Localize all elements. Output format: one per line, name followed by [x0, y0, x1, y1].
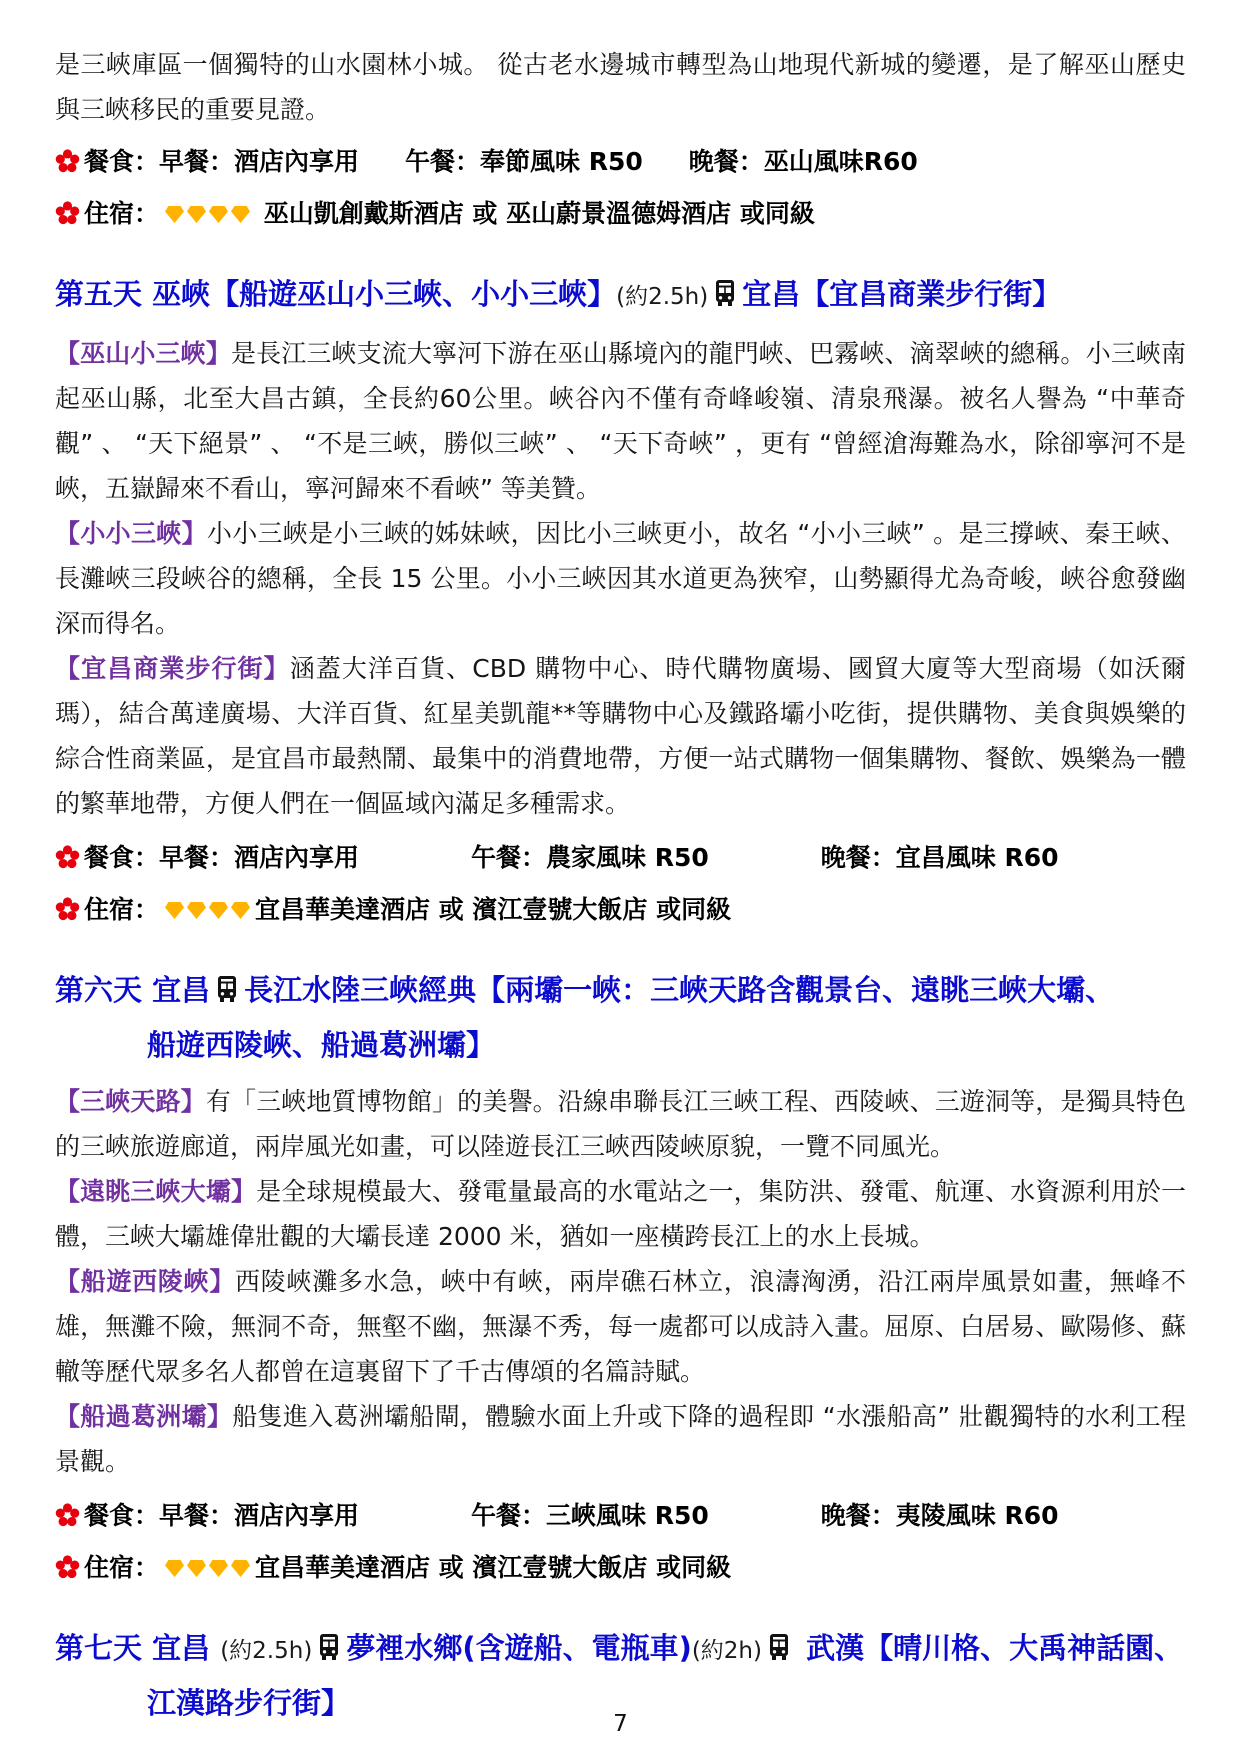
- meals-label: 餐食：: [84, 1501, 159, 1530]
- attraction-label: 【船遊西陵峽】: [55, 1267, 235, 1296]
- day5-title-destination: 宜昌【宜昌商業步行街】: [742, 277, 1061, 311]
- day4-description: 是三峽庫區一個獨特的山水園林小城。 從古老水邊城市轉型為山地現代新城的變遷，是了…: [55, 42, 1186, 132]
- day5-meals-row: 餐食：早餐：酒店內享用午餐：農家風味 R50晚餐：宜昌風味 R60: [55, 834, 1186, 886]
- hotel-label: 住宿：: [84, 199, 159, 228]
- paragraph-xiling-gorge-cruise: 【船遊西陵峽】西陵峽灘多水急，峽中有峽，兩岸礁石林立，浪濤洶湧，沿江兩岸風景如畫…: [55, 1259, 1186, 1394]
- hotel-names: 巫山凱創戴斯酒店 或 巫山蔚景溫德姆酒店 或同級: [255, 199, 815, 228]
- hotel-rating-gems: [165, 886, 253, 934]
- breakfast-value: 早餐：酒店內享用: [159, 147, 359, 176]
- attraction-text: 有「三峽地質博物館」的美譽。沿線串聯長江三峽工程、西陵峽、三遊洞等，是獨具特色的…: [55, 1087, 1186, 1161]
- gem-icon: [187, 1560, 206, 1577]
- gem-icon: [231, 902, 250, 919]
- attraction-label: 【宜昌商業步行街】: [55, 654, 290, 683]
- bus-icon: [712, 271, 738, 323]
- meals-label: 餐食：: [84, 843, 159, 872]
- lunch-value: 午餐：三峽風味 R50: [471, 1501, 709, 1530]
- hotel-label: 住宿：: [84, 895, 159, 924]
- gem-icon: [165, 1560, 184, 1577]
- flower-icon: [55, 1548, 80, 1596]
- day6-title-post: 長江水陸三峽經典【兩壩一峽：三峽天路含觀景台、遠眺三峽大壩、: [244, 973, 1114, 1007]
- document-page: 是三峽庫區一個獨特的山水園林小城。 從古老水邊城市轉型為山地現代新城的變遷，是了…: [0, 0, 1241, 1755]
- bus-icon: [316, 1625, 342, 1677]
- flower-icon: [55, 194, 80, 242]
- day7-duration-1: (約2.5h): [220, 1638, 312, 1664]
- day6-title-pre: 第六天 宜昌: [55, 973, 210, 1007]
- gem-icon: [209, 902, 228, 919]
- meals-label: 餐食：: [84, 147, 159, 176]
- paragraph-wushan-small-gorges: 【巫山小三峽】是長江三峽支流大寧河下游在巫山縣境內的龍門峽、巴霧峽、滴翠峽的總稱…: [55, 331, 1186, 511]
- day5-hotel-row: 住宿：宜昌華美達酒店 或 濱江壹號大飯店 或同級: [55, 886, 1186, 938]
- day7-duration-2: (約2h): [692, 1638, 762, 1664]
- day5-title-main: 第五天 巫峽【船遊巫山小三峽、小小三峽】: [55, 277, 616, 311]
- gem-icon: [209, 206, 228, 223]
- day7-title-1: 第七天 宜昌: [55, 1631, 220, 1665]
- paragraph-mini-gorges: 【小小三峽】小小三峽是小三峽的姊妹峽，因比小三峽更小，故名 “小小三峽” 。是三…: [55, 511, 1186, 646]
- hotel-names: 宜昌華美達酒店 或 濱江壹號大飯店 或同級: [255, 895, 731, 924]
- gem-icon: [187, 902, 206, 919]
- attraction-label: 【遠眺三峽大壩】: [55, 1177, 256, 1206]
- dinner-value: 晚餐：宜昌風味 R60: [821, 843, 1059, 872]
- day6-title-line2: 船遊西陵峽、船過葛洲壩】: [55, 1019, 1186, 1071]
- flower-icon: [55, 838, 80, 886]
- attraction-label: 【三峽天路】: [55, 1087, 206, 1116]
- page-number: 7: [0, 1711, 1241, 1737]
- flower-icon: [55, 1496, 80, 1544]
- day4-meals-row: 餐食：早餐：酒店內享用午餐：奉節風味 R50晚餐：巫山風味R60: [55, 138, 1186, 190]
- paragraph-three-gorges-skyroad: 【三峽天路】有「三峽地質博物館」的美譽。沿線串聯長江三峽工程、西陵峽、三遊洞等，…: [55, 1079, 1186, 1169]
- breakfast-value: 早餐：酒店內享用: [159, 1501, 359, 1530]
- flower-icon: [55, 890, 80, 938]
- lunch-value: 午餐：奉節風味 R50: [405, 147, 643, 176]
- gem-icon: [165, 902, 184, 919]
- attraction-label: 【小小三峽】: [55, 519, 207, 548]
- day7-title-2: 夢裡水鄉(含遊船、電瓶車): [346, 1631, 692, 1665]
- gem-icon: [165, 206, 184, 223]
- day7-title-3: 武漢【晴川格、大禹神話園、: [796, 1631, 1183, 1665]
- gem-icon: [231, 206, 250, 223]
- lunch-value: 午餐：農家風味 R50: [471, 843, 709, 872]
- hotel-label: 住宿：: [84, 1553, 159, 1582]
- day6-heading: 第六天 宜昌長江水陸三峽經典【兩壩一峽：三峽天路含觀景台、遠眺三峽大壩、 船遊西…: [55, 964, 1186, 1071]
- dinner-value: 晚餐：夷陵風味 R60: [821, 1501, 1059, 1530]
- attraction-text: 小小三峽是小三峽的姊妹峽，因比小三峽更小，故名 “小小三峽” 。是三撐峽、秦王峽…: [55, 519, 1186, 638]
- attraction-label: 【巫山小三峽】: [55, 339, 231, 368]
- gem-icon: [187, 206, 206, 223]
- day5-heading: 第五天 巫峽【船遊巫山小三峽、小小三峽】(約2.5h)宜昌【宜昌商業步行街】: [55, 268, 1186, 323]
- paragraph-yichang-walking-street: 【宜昌商業步行街】涵蓋大洋百貨、CBD 購物中心、時代購物廣場、國貿大廈等大型商…: [55, 646, 1186, 826]
- flower-icon: [55, 142, 80, 190]
- bus-icon: [766, 1625, 792, 1677]
- day4-hotel-row: 住宿： 巫山凱創戴斯酒店 或 巫山蔚景溫德姆酒店 或同級: [55, 190, 1186, 242]
- gem-icon: [231, 1560, 250, 1577]
- breakfast-value: 早餐：酒店內享用: [159, 843, 359, 872]
- dinner-value: 晚餐：巫山風味R60: [689, 147, 918, 176]
- gem-icon: [209, 1560, 228, 1577]
- bus-icon: [214, 967, 240, 1019]
- day6-hotel-row: 住宿：宜昌華美達酒店 或 濱江壹號大飯店 或同級: [55, 1544, 1186, 1596]
- day5-duration: (約2.5h): [616, 284, 708, 310]
- day6-meals-row: 餐食：早餐：酒店內享用午餐：三峽風味 R50晚餐：夷陵風味 R60: [55, 1492, 1186, 1544]
- hotel-names: 宜昌華美達酒店 或 濱江壹號大飯店 或同級: [255, 1553, 731, 1582]
- hotel-rating-gems: [165, 1544, 253, 1592]
- paragraph-gezhouba-lock: 【船過葛洲壩】船隻進入葛洲壩船閘，體驗水面上升或下降的過程即 “水漲船高” 壯觀…: [55, 1394, 1186, 1484]
- hotel-rating-gems: [165, 190, 253, 238]
- attraction-label: 【船過葛洲壩】: [55, 1402, 232, 1431]
- paragraph-three-gorges-dam: 【遠眺三峽大壩】是全球規模最大、發電量最高的水電站之一，集防洪、發電、航運、水資…: [55, 1169, 1186, 1259]
